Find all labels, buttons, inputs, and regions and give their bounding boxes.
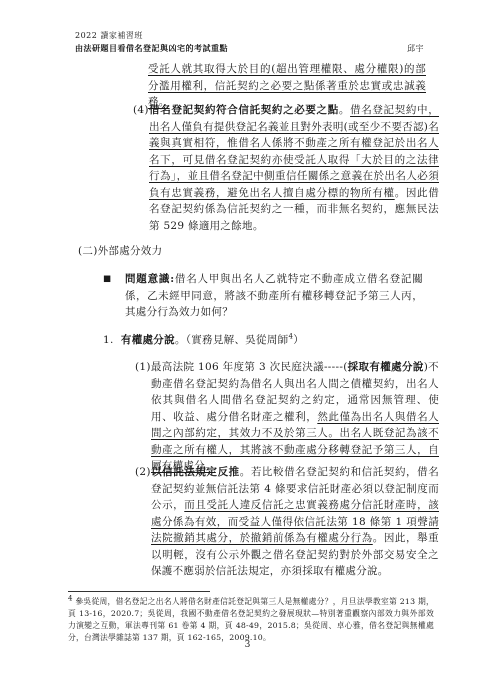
item-4-paragraph: (4)借名登記契約符合信託契約之必要之點。借名登記契約中，出名人僅負有提供登記名… xyxy=(133,102,439,234)
header-school-line: 2022 讀家補習班 xyxy=(75,29,375,42)
problem-text: 問題意識:借名人甲與出名人乙就特定不動產成立借名登記關係，乙未經甲同意，將該不動… xyxy=(125,271,423,321)
sub-2-marker: (2) xyxy=(135,466,151,478)
item-4-underlined: 借名登記契約中，出名人僅負有提供登記名義並且對外表明(或至少不要否認)名義與真實… xyxy=(149,104,439,199)
point-1-note-open: 。（實務見解、吳從周師 xyxy=(175,334,289,346)
sub-1-lead: 最高法院 106 年度第 3 次民庭決議-----( xyxy=(151,361,348,373)
item-4-heading: 借名登記契約符合信託契約之必要之點 xyxy=(149,104,339,116)
sub-2-period: 。 xyxy=(240,466,251,478)
sub-1-bold: 採取有權處分說 xyxy=(348,361,424,373)
square-bullet-icon: ■ xyxy=(103,271,125,321)
footnote-text: 參吳從周，借名登記之出名人將借名財產信託登記與第三人是無權處分？，月旦法學教室第… xyxy=(68,597,434,642)
sub-2-paragraph: (2)以信託法規定反推。若比較借名登記契約和信託契約，借名登記契約並無信託法第 … xyxy=(135,464,439,580)
problem-block: ■ 問題意識:借名人甲與出名人乙就特定不動產成立借名登記關係，乙未經甲同意，將該… xyxy=(103,271,423,321)
footnote-separator xyxy=(68,591,210,592)
problem-label: 問題意識 xyxy=(125,273,170,285)
point-1-label: 有權處分說 xyxy=(121,334,175,346)
header-title-line: 由法研題目看借名登記與凶宅的考試重點 xyxy=(75,42,375,55)
sub-1-marker: (1) xyxy=(135,361,151,373)
page-number: 3 xyxy=(0,640,495,650)
item-4-marker: (4) xyxy=(133,104,149,116)
footnote-ref: 4 xyxy=(68,594,73,602)
point-1-note-close: ） xyxy=(293,334,304,346)
point-1-heading: 1. 有權處分說。（實務見解、吳從周師4） xyxy=(103,332,441,349)
section-2-marker: (二) xyxy=(78,245,98,257)
item-4-period: 。 xyxy=(339,104,350,116)
point-1-number: 1. xyxy=(103,334,114,346)
sub-2-heading: 以信託法規定反推 xyxy=(151,466,240,478)
sub-1-paragraph: (1)最高法院 106 年度第 3 次民庭決議-----(採取有權處分說)不動產… xyxy=(135,359,439,475)
footnote: 4 參吳從周，借名登記之出名人將借名財產信託登記與第三人是無權處分？，月旦法學教… xyxy=(68,596,434,644)
section-2-title: 外部處分效力 xyxy=(98,245,163,257)
document-page: 2022 讀家補習班 由法研題目看借名登記與凶宅的考試重點 邱宇 受託人就其取得… xyxy=(0,0,495,700)
header-author: 邱宇 xyxy=(407,42,424,55)
section-2-heading: (二)外部處分效力 xyxy=(78,243,408,260)
page-header: 2022 讀家補習班 由法研題目看借名登記與凶宅的考試重點 xyxy=(75,29,375,55)
